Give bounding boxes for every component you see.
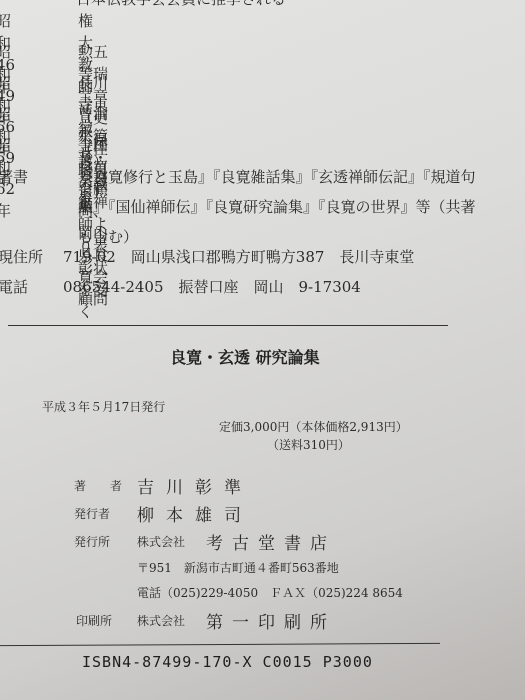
address: 719-02 岡山県浅口郡鴨方町鴨方387 長川寺東堂: [63, 246, 414, 267]
address-label: 現住所: [0, 246, 43, 267]
cut-off-line: 日本仏教学会会員に推挙される: [76, 0, 286, 9]
publisher-name: 柳本雄司: [137, 501, 253, 526]
shipping: （送料310円）: [267, 436, 350, 453]
book-title: 良寛・玄透 研究論集: [170, 345, 320, 368]
phone: 086544-2405 振替口座 岡山 9-17304: [63, 276, 361, 297]
publishing-house-prefix: 株式会社: [137, 533, 185, 550]
author-label: 著 者: [74, 477, 128, 494]
issue-date: 平成３年５月17日発行: [42, 398, 165, 415]
publishing-house-label: 発行所: [74, 533, 110, 550]
works-line: 集』『国仙禅師伝』『良寛研究論集』『良寛の世界』等（共著: [78, 196, 476, 217]
contact-numbers: 電話（025)229-4050 ＦＡＸ（025)224 8654: [137, 584, 403, 601]
divider-bottom: [0, 643, 440, 646]
works-label: 著書: [0, 166, 28, 187]
printer-name: 第一印刷所: [206, 608, 336, 633]
isbn-code: ISBN4-87499-170-X C0015 P3000: [82, 653, 373, 671]
price: 定価3,000円（本体価格2,913円）: [219, 418, 408, 435]
printer-prefix: 株式会社: [137, 612, 185, 629]
divider-top: [8, 325, 448, 326]
publisher-label: 発行者: [74, 505, 110, 522]
works-line: も含む）: [78, 226, 138, 247]
author-name: 吉川彰準: [137, 473, 253, 498]
works-line: 『良寛修行と玉島』『良寛雑話集』『玄透禅師伝記』『規道句: [78, 166, 476, 187]
postal-address: 〒951 新潟市古町通４番町563番地: [137, 559, 339, 576]
phone-label: 電話: [0, 276, 28, 297]
printer-label: 印刷所: [76, 612, 112, 629]
publishing-house-name: 考古堂書店: [206, 529, 336, 554]
